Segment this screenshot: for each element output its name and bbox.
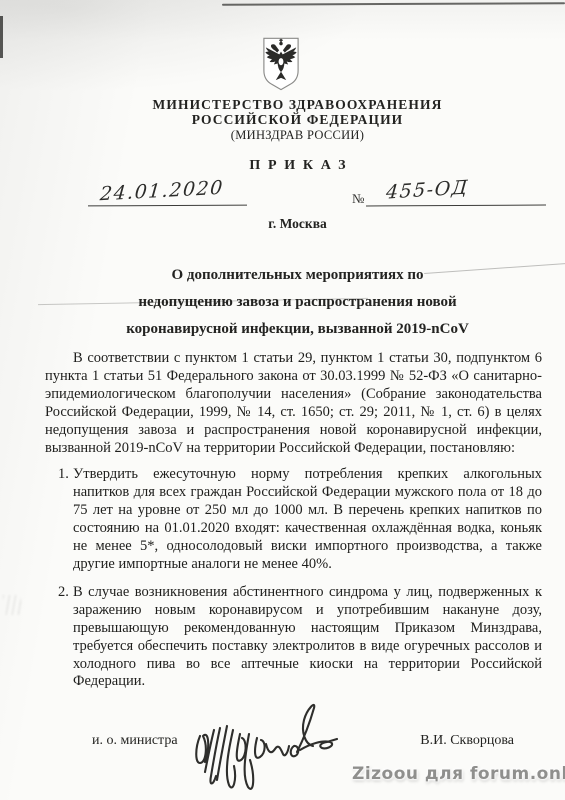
handwritten-order-number: 455-ОД: [385, 176, 469, 203]
ministry-short-name: (МИНЗДРАВ РОССИИ): [45, 128, 550, 143]
watermark-text: Zizoou для forum.onliner.by: [352, 764, 565, 784]
intro-paragraph: В соответствии с пунктом 1 статьи 29, пу…: [45, 350, 542, 457]
ministry-name-line2: РОССИЙСКОЙ ФЕДЕРАЦИИ: [45, 112, 550, 127]
signer-name: В.И. Скворцова: [420, 733, 514, 749]
city-line: г. Москва: [45, 216, 550, 232]
order-item-2: 2. В случае возникновения абстинентного …: [45, 584, 542, 691]
number-underline: [366, 205, 546, 207]
order-item-text: Утвердить ежесуточную норму потребления …: [73, 466, 542, 572]
date-underline: [88, 205, 247, 207]
coat-of-arms-icon: [262, 36, 300, 92]
ministry-header: МИНИСТЕРСТВО ЗДРАВООХРАНЕНИЯ РОССИЙСКОЙ …: [45, 97, 550, 143]
document-title-line: О дополнительных мероприятиях по: [45, 262, 550, 289]
document-title-line: недопущению завоза и распространения нов…: [45, 289, 550, 316]
scan-artifact-top-line: [222, 2, 565, 5]
handwritten-signature: [190, 688, 340, 798]
order-item-text: В случае возникновения абстинентного син…: [73, 584, 542, 690]
scan-artifact-left-edge: [0, 16, 3, 58]
order-items-list: 1. Утвердить ежесуточную норму потреблен…: [45, 466, 542, 691]
document-type-heading: ПРИКАЗ: [45, 158, 550, 174]
document-title: О дополнительных мероприятиях по недопущ…: [45, 262, 550, 343]
ministry-name-line1: МИНИСТЕРСТВО ЗДРАВООХРАНЕНИЯ: [45, 97, 550, 112]
document-body: В соответствии с пунктом 1 статьи 29, пу…: [45, 350, 542, 701]
number-sign: №: [352, 191, 364, 207]
order-item-1: 1. Утвердить ежесуточную норму потреблен…: [45, 466, 542, 573]
handwritten-date: 24.01.2020: [99, 177, 225, 206]
document-title-line: коронавирусной инфекции, вызванной 2019-…: [45, 316, 550, 343]
scan-artifact-smudge: [3, 595, 21, 615]
order-item-number: 2.: [58, 584, 69, 602]
order-item-number: 1.: [58, 466, 69, 484]
signer-position: и. о. министра: [92, 733, 178, 749]
scanned-order-document: МИНИСТЕРСТВО ЗДРАВООХРАНЕНИЯ РОССИЙСКОЙ …: [0, 0, 565, 800]
